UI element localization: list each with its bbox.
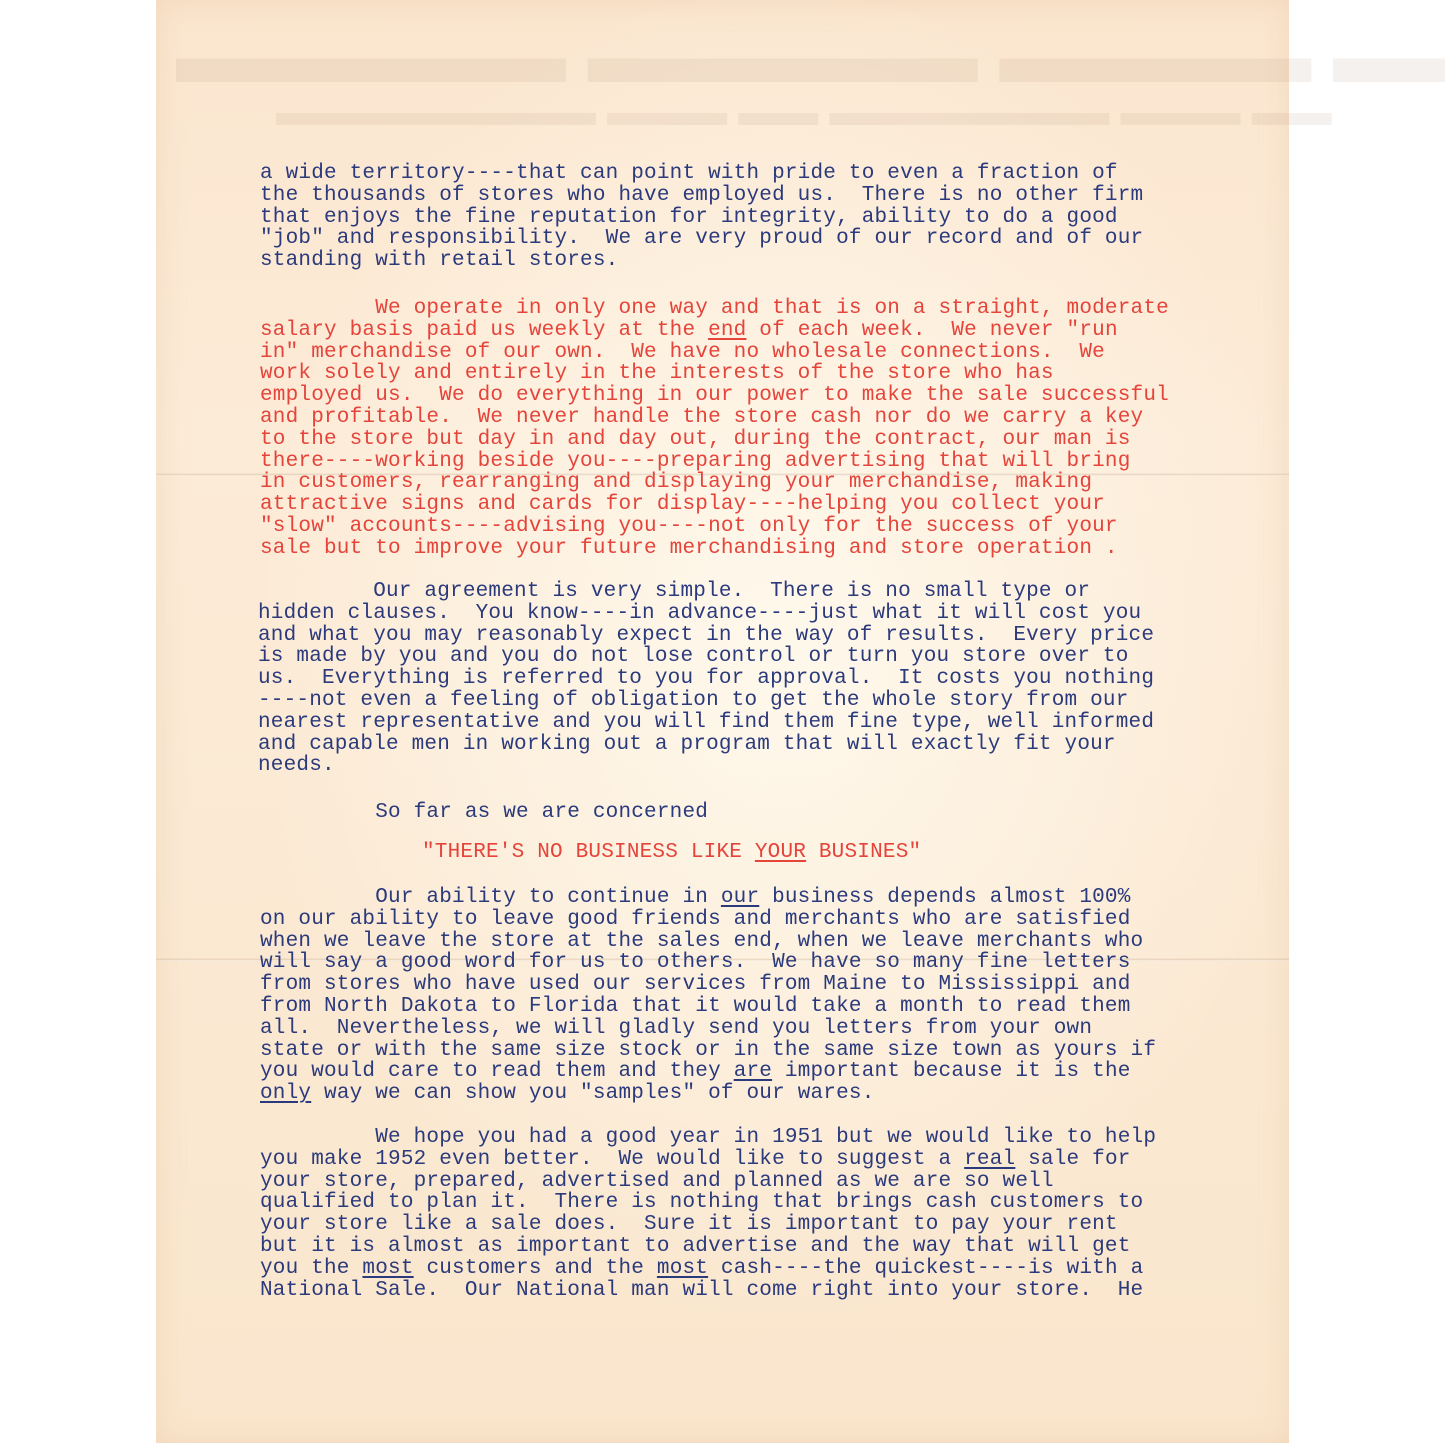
text-line: work solely and entirely in the interest… bbox=[260, 363, 1169, 385]
text-line: ----not even a feeling of obligation to … bbox=[258, 690, 1154, 712]
paragraph: Our ability to continue in our business … bbox=[260, 887, 1156, 1105]
text-line: you make 1952 even better. We would like… bbox=[260, 1149, 1156, 1171]
text-line: We hope you had a good year in 1951 but … bbox=[260, 1127, 1156, 1149]
text-line: to the store but day in and day out, dur… bbox=[260, 429, 1169, 451]
underlined-word: end bbox=[708, 319, 746, 342]
text-line: hidden clauses. You know----in advance--… bbox=[258, 603, 1154, 625]
text-line: standing with retail stores. bbox=[260, 250, 1143, 272]
text-line: employed us. We do everything in our pow… bbox=[260, 385, 1169, 407]
text-line: the thousands of stores who have employe… bbox=[260, 185, 1143, 207]
paragraph: Our agreement is very simple. There is n… bbox=[258, 581, 1154, 777]
underlined-word: most bbox=[657, 1257, 708, 1280]
text-line: but it is almost as important to adverti… bbox=[260, 1236, 1156, 1258]
text-line: only way we can show you "samples" of ou… bbox=[260, 1083, 1156, 1105]
text-line: there----working beside you----preparing… bbox=[260, 451, 1169, 473]
text-line: when we leave the store at the sales end… bbox=[260, 931, 1156, 953]
text-line: "THERE'S NO BUSINESS LIKE YOUR BUSINES" bbox=[422, 842, 921, 864]
text-line: qualified to plan it. There is nothing t… bbox=[260, 1192, 1156, 1214]
underlined-word: are bbox=[734, 1060, 772, 1083]
bleed-through-subheader: ▬▬ ▬▬▬ ▬▬▬▬▬▬▬ ▬▬ ▬▬▬ ▬▬▬▬▬▬▬▬ bbox=[276, 90, 1332, 135]
text-line: in customers, rearranging and displaying… bbox=[260, 472, 1169, 494]
paragraph: We operate in only one way and that is o… bbox=[260, 298, 1169, 560]
text-line: "job" and responsibility. We are very pr… bbox=[260, 228, 1143, 250]
paragraph: a wide territory----that can point with … bbox=[260, 163, 1143, 272]
text-line: your store like a sale does. Sure it is … bbox=[260, 1214, 1156, 1236]
text-line: your store, prepared, advertised and pla… bbox=[260, 1171, 1156, 1193]
text-line: us. Everything is referred to you for ap… bbox=[258, 668, 1154, 690]
text-line: Our ability to continue in our business … bbox=[260, 887, 1156, 909]
text-line: you would care to read them and they are… bbox=[260, 1061, 1156, 1083]
underlined-word: our bbox=[721, 886, 759, 909]
text-line: and what you may reasonably expect in th… bbox=[258, 625, 1154, 647]
text-line: Our agreement is very simple. There is n… bbox=[258, 581, 1154, 603]
text-line: and capable men in working out a program… bbox=[258, 734, 1154, 756]
text-line: in" merchandise of our own. We have no w… bbox=[260, 342, 1169, 364]
text-line: "slow" accounts----advising you----not o… bbox=[260, 516, 1169, 538]
letter-page: ▬▬▬ ▬▬▬▬ ▬▬▬▬▬ ▬▬▬▬▬ ▬▬ ▬▬▬ ▬▬▬▬▬▬▬ ▬▬ ▬… bbox=[156, 0, 1289, 1443]
text-line: needs. bbox=[258, 755, 1154, 777]
slogan-heading: "THERE'S NO BUSINESS LIKE YOUR BUSINES" bbox=[422, 842, 921, 864]
text-line: from stores who have used our services f… bbox=[260, 974, 1156, 996]
text-line: and profitable. We never handle the stor… bbox=[260, 407, 1169, 429]
text-line: a wide territory----that can point with … bbox=[260, 163, 1143, 185]
text-line: all. Nevertheless, we will gladly send y… bbox=[260, 1018, 1156, 1040]
text-line: We operate in only one way and that is o… bbox=[260, 298, 1169, 320]
text-line: on our ability to leave good friends and… bbox=[260, 909, 1156, 931]
paragraph: So far as we are concerned bbox=[260, 802, 708, 824]
underlined-word: most bbox=[362, 1257, 413, 1280]
bleed-through-header: ▬▬▬ ▬▬▬▬ ▬▬▬▬▬ ▬▬▬▬▬ bbox=[176, 10, 1445, 101]
text-line: from North Dakota to Florida that it wou… bbox=[260, 996, 1156, 1018]
underlined-word: only bbox=[260, 1082, 311, 1105]
text-line: will say a good word for us to others. W… bbox=[260, 952, 1156, 974]
text-line: So far as we are concerned bbox=[260, 802, 708, 824]
text-line: sale but to improve your future merchand… bbox=[260, 538, 1169, 560]
text-line: is made by you and you do not lose contr… bbox=[258, 646, 1154, 668]
paragraph: We hope you had a good year in 1951 but … bbox=[260, 1127, 1156, 1301]
text-line: you the most customers and the most cash… bbox=[260, 1258, 1156, 1280]
text-line: attractive signs and cards for display--… bbox=[260, 494, 1169, 516]
underlined-word: YOUR bbox=[755, 841, 806, 864]
text-line: state or with the same size stock or in … bbox=[260, 1040, 1156, 1062]
text-line: nearest representative and you will find… bbox=[258, 712, 1154, 734]
underlined-word: real bbox=[964, 1148, 1015, 1171]
text-line: that enjoys the fine reputation for inte… bbox=[260, 207, 1143, 229]
text-line: salary basis paid us weekly at the end o… bbox=[260, 320, 1169, 342]
text-line: National Sale. Our National man will com… bbox=[260, 1280, 1156, 1302]
